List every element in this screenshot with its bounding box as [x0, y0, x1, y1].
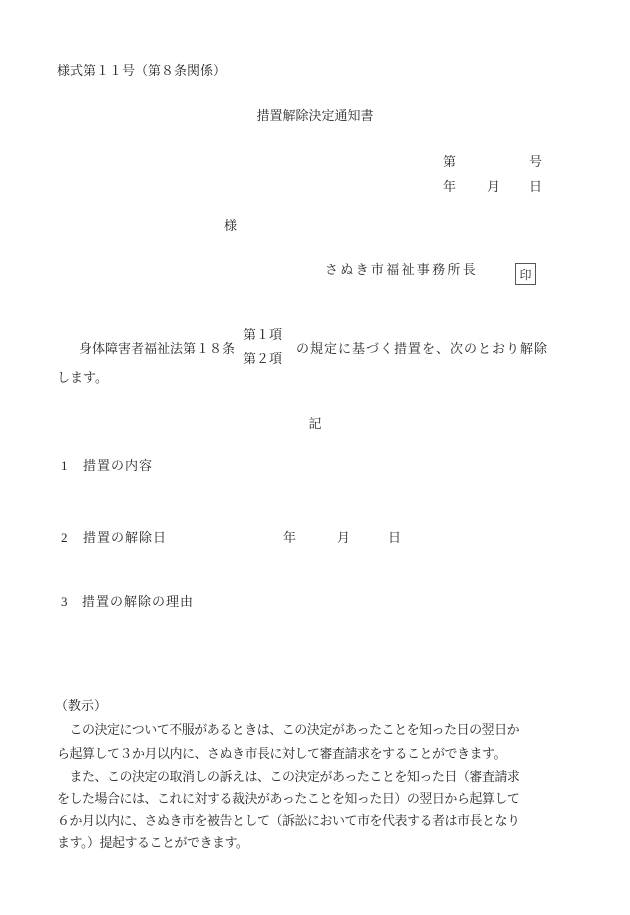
- doc-number-prefix: 第: [443, 155, 456, 170]
- law-text-before: 身体障害者福祉法第１８条: [79, 342, 235, 357]
- seal-box: 印: [515, 263, 536, 285]
- ki-heading: 記: [0, 417, 630, 432]
- law-text-continuation: します。: [57, 371, 108, 386]
- kyoji-line: ます。）提起することができます。: [57, 836, 248, 851]
- item-2-number: 2: [61, 531, 68, 546]
- kyoji-heading: （教示）: [55, 699, 107, 714]
- item-1-label: 措置の内容: [83, 459, 153, 474]
- doc-number-suffix: 号: [529, 155, 542, 170]
- item-3-label: 措置の解除の理由: [82, 595, 194, 610]
- kyoji-line: ら起算して３か月以内に、さぬき市長に対して審査請求をすることができます。: [57, 747, 506, 762]
- item-3-number: 3: [61, 595, 68, 610]
- kyoji-line: をした場合には、これに対する裁決があったことを知った日）の翌日から起算して: [57, 792, 519, 807]
- kyoji-line: この決定について不服があるときは、この決定があったことを知った日の翌日か: [57, 723, 519, 738]
- law-clause-2: 第２項: [243, 352, 282, 367]
- document-page: 様式第１１号（第８条関係） 措置解除決定通知書 第 号 年 月 日 様 さぬき市…: [0, 0, 630, 915]
- item-2-month-label: 月: [337, 531, 350, 546]
- law-text-after: の規定に基づく措置を、次のとおり解除: [296, 342, 548, 357]
- kyoji-line: ６か月以内に、さぬき市を被告として（訴訟において市を代表する者は市長となり: [57, 814, 520, 829]
- date-year-label: 年: [443, 180, 456, 195]
- kyoji-line: また、この決定の取消しの訴えは、この決定があったことを知った日（審査請求: [57, 770, 519, 785]
- item-2-year-label: 年: [283, 531, 296, 546]
- item-2-label: 措置の解除日: [83, 531, 167, 546]
- document-title: 措置解除決定通知書: [0, 109, 630, 124]
- date-day-label: 日: [529, 180, 542, 195]
- seal-label: 印: [519, 266, 531, 283]
- recipient-honorific: 様: [224, 219, 237, 234]
- sender-title: さぬき市福祉事務所長: [325, 263, 478, 278]
- item-2-day-label: 日: [388, 531, 401, 546]
- law-clause-1: 第１項: [243, 328, 282, 343]
- form-number: 様式第１１号（第８条関係）: [57, 64, 226, 79]
- date-month-label: 月: [487, 180, 500, 195]
- item-1-number: 1: [61, 459, 68, 474]
